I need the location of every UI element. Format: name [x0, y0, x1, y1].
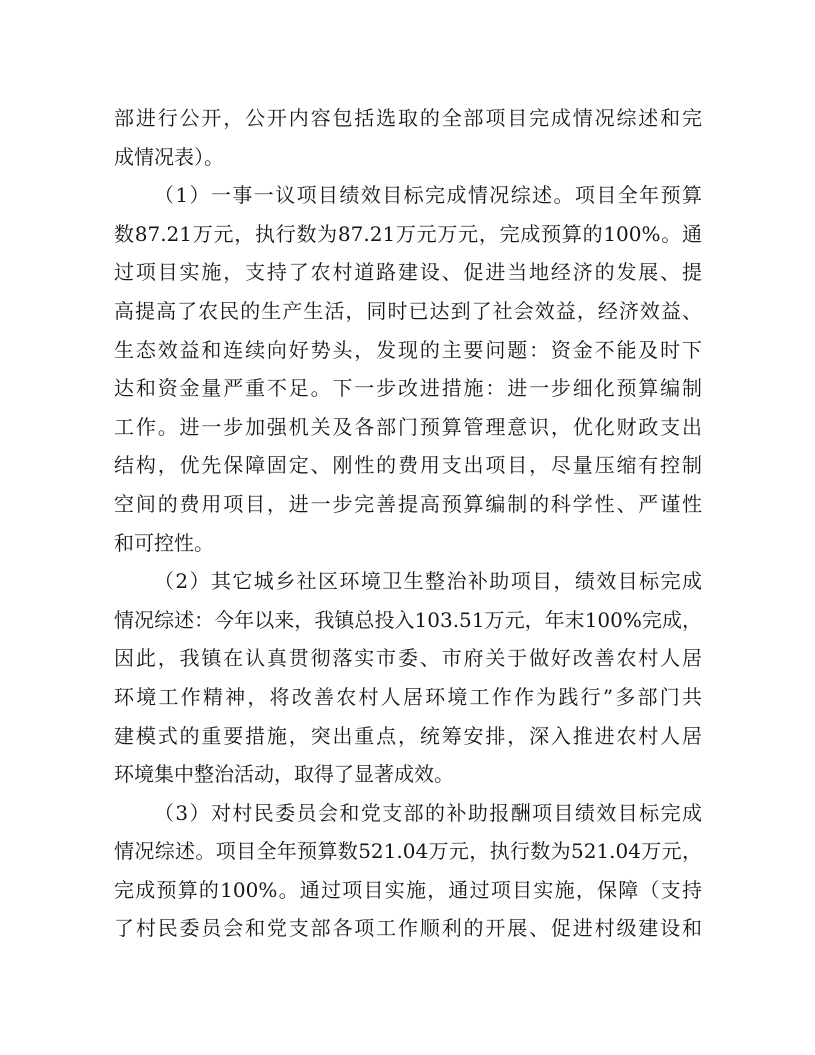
text-line: 情况综述：今年以来，我镇总投入103.51万元，年末100%完成，	[114, 601, 702, 640]
text-line: 达和资金量严重不足。下一步改进措施：进一步细化预算编制	[114, 369, 702, 408]
text-line: 建模式的重要措施，突出重点，统筹安排，深入推进农村人居	[114, 717, 702, 756]
text-line: （2）其它城乡社区环境卫生整治补助项目，绩效目标完成	[114, 562, 702, 601]
text-line: 完成预算的100%。通过项目实施，通过项目实施，保障（支持	[114, 871, 702, 910]
text-line: 工作。进一步加强机关及各部门预算管理意识，优化财政支出	[114, 408, 702, 447]
paragraph-item-1: （1）一事一议项目绩效目标完成情况综述。项目全年预算 数87.21万元，执行数为…	[114, 176, 702, 562]
text-line: 高提高了农民的生产生活，同时已达到了社会效益，经济效益、	[114, 292, 702, 331]
text-line: 过项目实施，支持了农村道路建设、促进当地经济的发展、提	[114, 253, 702, 292]
text-line: 数87.21万元，执行数为87.21万元万元，完成预算的100%。通	[114, 215, 702, 254]
text-line: 成情况表）。	[114, 138, 702, 177]
text-line: （3）对村民委员会和党支部的补助报酬项目绩效目标完成	[114, 794, 702, 833]
text-line: 环境集中整治活动，取得了显著成效。	[114, 755, 702, 794]
text-line: 了村民委员会和党支部各项工作顺利的开展、促进村级建设和	[114, 909, 702, 948]
document-page: 部进行公开，公开内容包括选取的全部项目完成情况综述和完 成情况表）。 （1）一事…	[0, 0, 815, 1055]
text-line: 结构，优先保障固定、刚性的费用支出项目，尽量压缩有控制	[114, 446, 702, 485]
paragraph-item-3: （3）对村民委员会和党支部的补助报酬项目绩效目标完成 情况综述。项目全年预算数5…	[114, 794, 702, 948]
text-line: 生态效益和连续向好势头，发现的主要问题：资金不能及时下	[114, 331, 702, 370]
text-line: （1）一事一议项目绩效目标完成情况综述。项目全年预算	[114, 176, 702, 215]
paragraph-continuation: 部进行公开，公开内容包括选取的全部项目完成情况综述和完 成情况表）。	[114, 99, 702, 176]
text-line: 因此，我镇在认真贯彻落实市委、市府关于做好改善农村人居	[114, 639, 702, 678]
text-line: 和可控性。	[114, 524, 702, 563]
text-line: 部进行公开，公开内容包括选取的全部项目完成情况综述和完	[114, 99, 702, 138]
paragraph-item-2: （2）其它城乡社区环境卫生整治补助项目，绩效目标完成 情况综述：今年以来，我镇总…	[114, 562, 702, 794]
text-line: 空间的费用项目，进一步完善提高预算编制的科学性、严谨性	[114, 485, 702, 524]
text-line: 情况综述。项目全年预算数521.04万元，执行数为521.04万元，	[114, 832, 702, 871]
text-line: 环境工作精神，将改善农村人居环境工作作为践行”多部门共	[114, 678, 702, 717]
document-text: 部进行公开，公开内容包括选取的全部项目完成情况综述和完 成情况表）。 （1）一事…	[114, 99, 702, 948]
